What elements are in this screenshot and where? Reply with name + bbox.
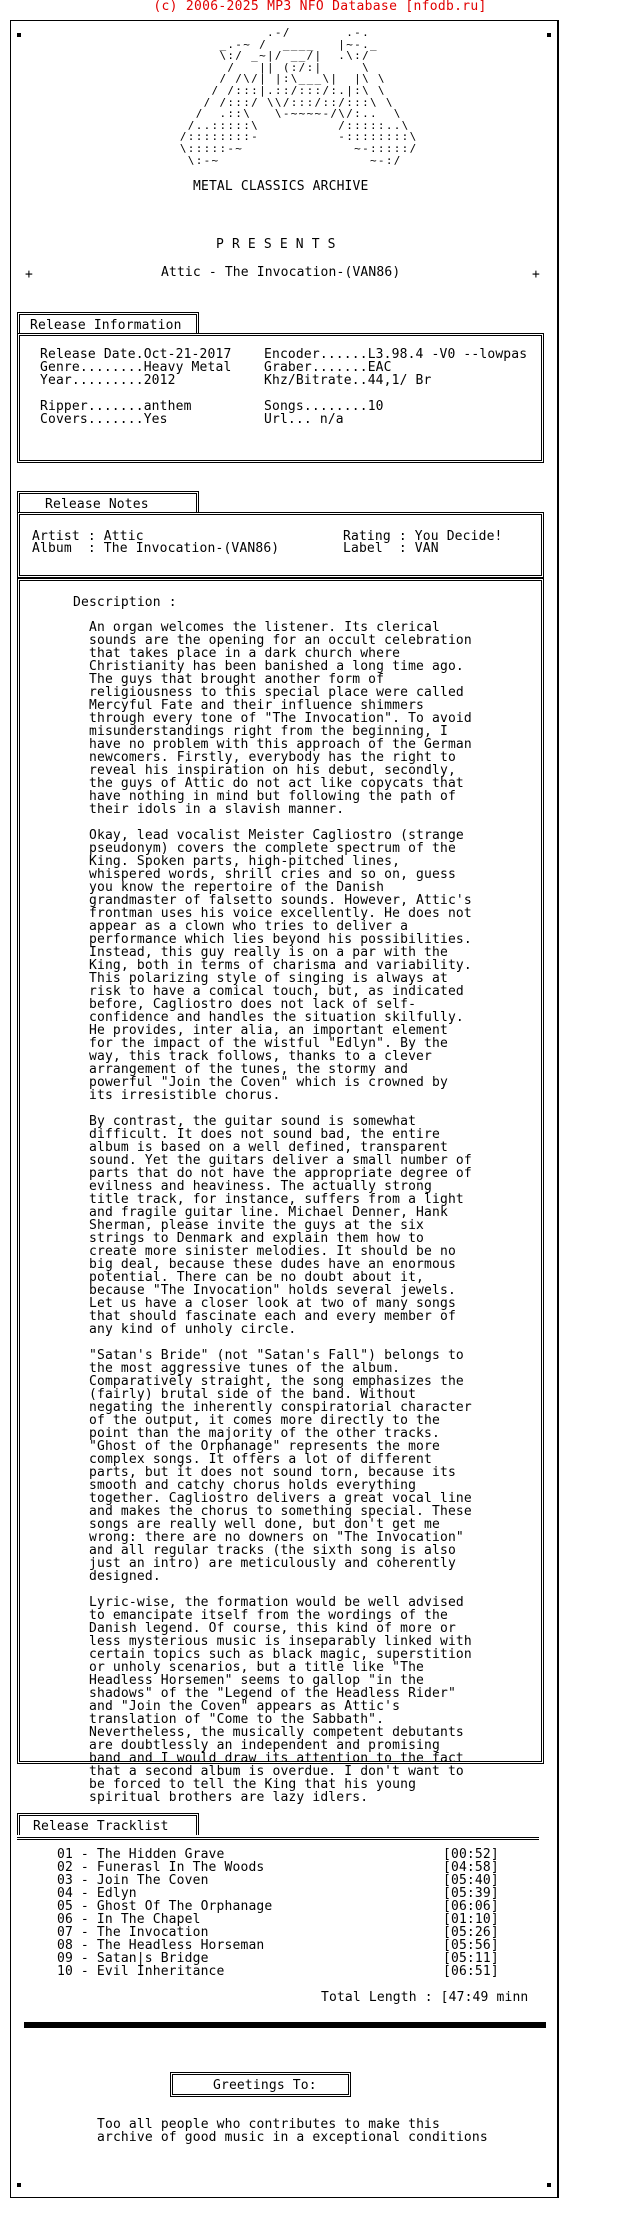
tab-label: Release Notes <box>45 498 149 511</box>
release-info-left-column: Release Date.Oct-21-2017 Genre........He… <box>40 348 231 426</box>
track-row: 10 - Evil Inheritance[06:51] <box>57 1965 497 1978</box>
track-length: [06:51] <box>443 1965 499 1978</box>
tab-release-information: Release Information <box>17 312 199 334</box>
copyright-notice: (c) 2006-2025 MP3 NFO Database [nfodb.ru… <box>0 0 640 14</box>
plus-right: + <box>532 268 540 281</box>
total-length: Total Length : [47:49 minn <box>321 1991 528 2004</box>
release-information-box: Release Date.Oct-21-2017 Genre........He… <box>17 333 544 463</box>
tab-label: Release Information <box>30 319 182 332</box>
presents-text: P R E S E N T S <box>216 238 336 251</box>
tracklist-divider <box>17 1837 539 1840</box>
greetings-label: Greetings To: <box>213 2079 317 2092</box>
ascii-art-logo: .-/ .-. _.-~ / ____ |~-._ \:/ _~|/ __/| … <box>164 27 418 166</box>
corner-marker-icon <box>547 33 551 37</box>
corner-marker-icon <box>547 2183 551 2187</box>
release-title: Attic - The Invocation-(VAN86) <box>161 266 400 279</box>
corner-marker-icon <box>17 2183 21 2187</box>
description-box: Description : An organ welcomes the list… <box>17 578 544 1764</box>
tab-label: Release Tracklist <box>33 1820 169 1833</box>
tracklist: 01 - The Hidden Grave[00:52]02 - Funeras… <box>57 1848 497 1978</box>
presents-heading: P R E S E N T S <box>0 225 640 251</box>
corner-marker-icon <box>17 33 21 37</box>
track-title: 10 - Evil Inheritance <box>57 1964 225 1979</box>
description-label: Description : <box>73 596 177 609</box>
tab-release-tracklist: Release Tracklist <box>17 1813 199 1835</box>
release-info-right-column: Encoder......L3.98.4 -V0 --lowpas Graber… <box>264 348 527 426</box>
plus-left: + <box>25 268 33 281</box>
album-line: Album : The Invocation-(VAN86) <box>32 542 279 555</box>
archive-name: METAL CLASSICS ARCHIVE <box>193 180 369 193</box>
release-notes-header-box: Artist : Attic Album : The Invocation-(V… <box>17 512 544 578</box>
greetings-box: Greetings To: <box>170 2072 351 2097</box>
section-divider <box>24 2022 546 2028</box>
tab-release-notes: Release Notes <box>17 491 199 513</box>
greetings-text: Too all people who contributes to make t… <box>97 2118 488 2144</box>
description-text: An organ welcomes the listener. Its cler… <box>89 621 472 1804</box>
label-line: Label : VAN <box>343 542 439 555</box>
